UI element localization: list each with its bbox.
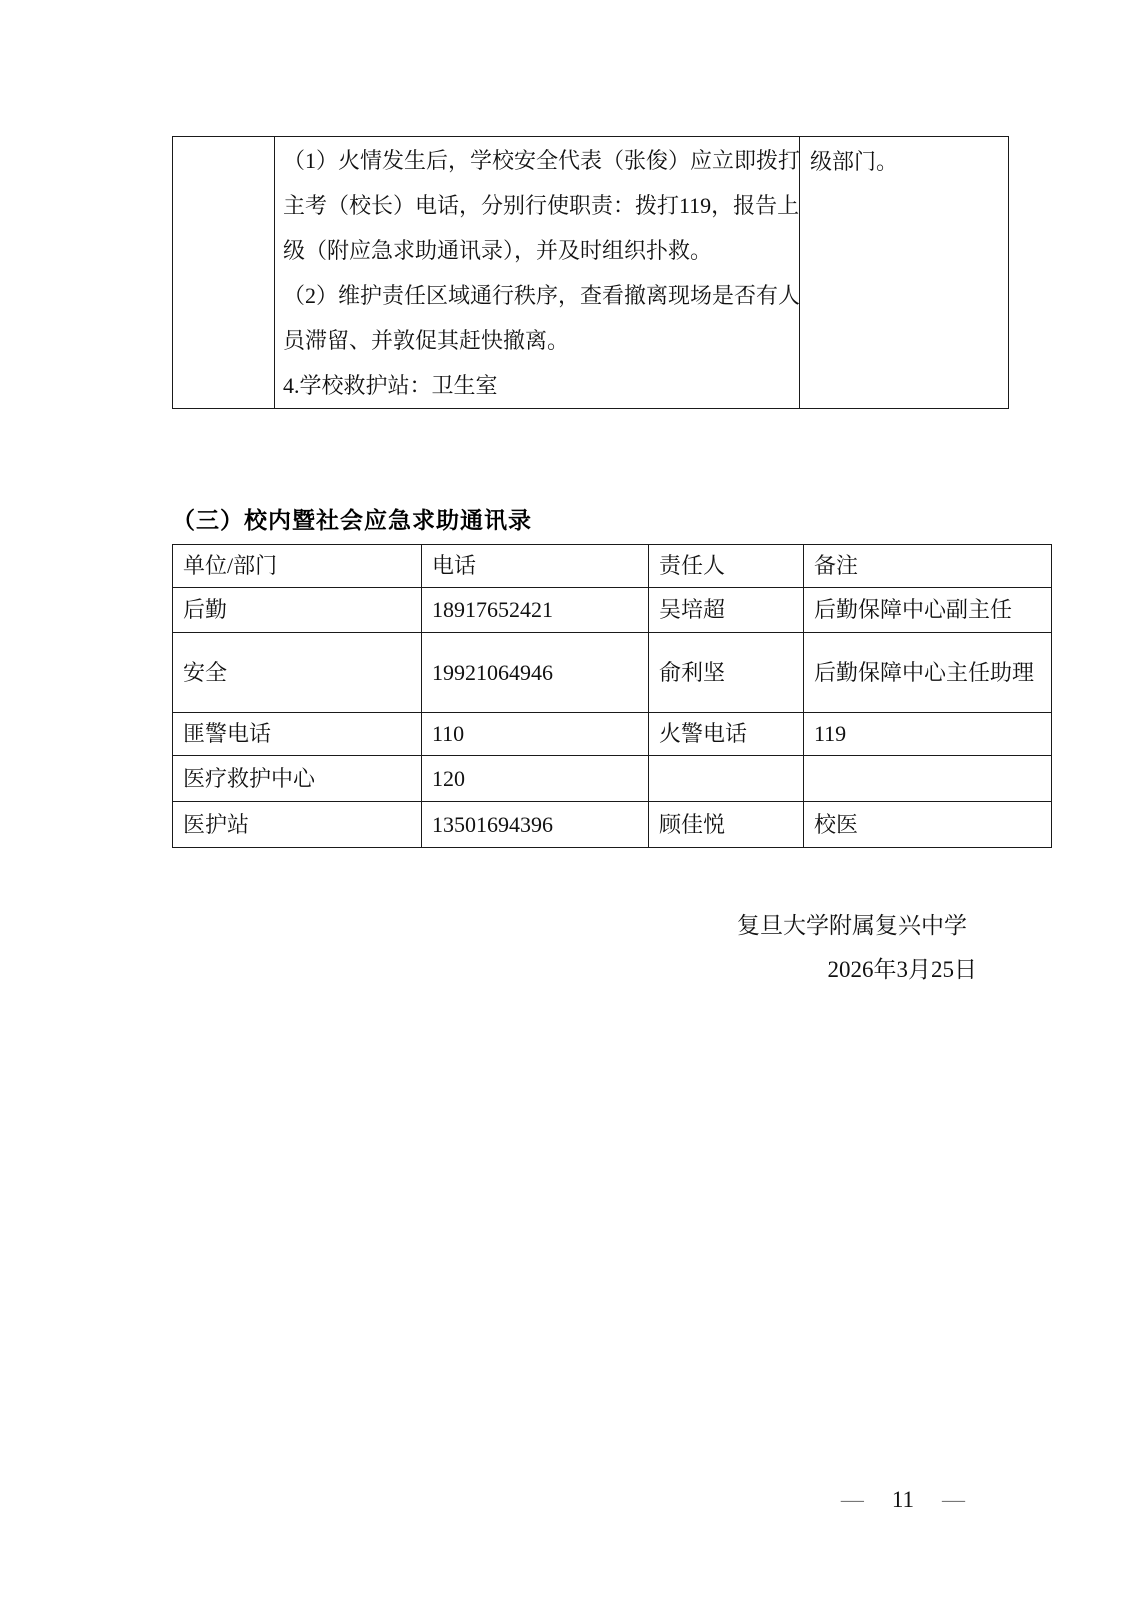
- table-cell: 120: [422, 756, 649, 802]
- column-header: 单位/部门: [173, 545, 422, 588]
- table-row: 后勤 18917652421 吴培超 后勤保障中心副主任: [173, 588, 1052, 633]
- fire-duty-table: （1）火情发生后，学校安全代表（张俊）应立即拨打 主考（校长）电话，分别行使职责…: [172, 136, 1009, 409]
- table-cell: 匪警电话: [173, 713, 422, 756]
- section-heading: （三）校内暨社会应急求助通讯录: [172, 502, 532, 535]
- table-header-row: 单位/部门 电话 责任人 备注: [173, 545, 1052, 588]
- table-cell: 18917652421: [422, 588, 649, 633]
- column-header: 电话: [422, 545, 649, 588]
- table-row: 医护站 13501694396 顾佳悦 校医: [173, 802, 1052, 848]
- page-number: 11: [892, 1487, 914, 1513]
- procedure-line: （2）维护责任区域通行秩序，查看撤离现场是否有人: [283, 273, 791, 318]
- footer-dash: —: [841, 1487, 864, 1513]
- table-row: （1）火情发生后，学校安全代表（张俊）应立即拨打 主考（校长）电话，分别行使职责…: [173, 137, 1009, 409]
- table-cell: 吴培超: [649, 588, 804, 633]
- table-row: 医疗救护中心 120: [173, 756, 1052, 802]
- page-number-footer: — 11 —: [841, 1487, 965, 1513]
- table-row: 匪警电话 110 火警电话 119: [173, 713, 1052, 756]
- table-cell: 后勤保障中心主任助理: [804, 633, 1052, 713]
- footer-dash: —: [942, 1487, 965, 1513]
- table-cell: 110: [422, 713, 649, 756]
- procedure-line: （1）火情发生后，学校安全代表（张俊）应立即拨打: [283, 138, 791, 183]
- table-cell: 俞利坚: [649, 633, 804, 713]
- table-cell: 医护站: [173, 802, 422, 848]
- table-cell: 安全: [173, 633, 422, 713]
- fire-duty-empty-cell: [173, 137, 275, 409]
- table-cell: 火警电话: [649, 713, 804, 756]
- table-cell: 19921064946: [422, 633, 649, 713]
- table-cell: [804, 756, 1052, 802]
- table-row: 安全 19921064946 俞利坚 后勤保障中心主任助理: [173, 633, 1052, 713]
- fire-duty-note-cell: 级部门。: [800, 137, 1009, 409]
- column-header: 备注: [804, 545, 1052, 588]
- table-cell: 校医: [804, 802, 1052, 848]
- table-cell: 顾佳悦: [649, 802, 804, 848]
- fire-duty-procedure-cell: （1）火情发生后，学校安全代表（张俊）应立即拨打 主考（校长）电话，分别行使职责…: [275, 137, 800, 409]
- procedure-line: 主考（校长）电话，分别行使职责：拨打119，报告上: [283, 183, 791, 228]
- procedure-line: 4.学校救护站：卫生室: [283, 363, 791, 408]
- document-page: （1）火情发生后，学校安全代表（张俊）应立即拨打 主考（校长）电话，分别行使职责…: [0, 0, 1139, 1611]
- table-cell: 13501694396: [422, 802, 649, 848]
- column-header: 责任人: [649, 545, 804, 588]
- signature-organization: 复旦大学附属复兴中学: [737, 907, 967, 940]
- signature-date: 2026年3月25日: [828, 951, 978, 984]
- table-cell: 后勤: [173, 588, 422, 633]
- table-cell: 119: [804, 713, 1052, 756]
- procedure-line: 级（附应急求助通讯录），并及时组织扑救。: [283, 228, 791, 273]
- table-cell: [649, 756, 804, 802]
- table-cell: 后勤保障中心副主任: [804, 588, 1052, 633]
- emergency-contact-table: 单位/部门 电话 责任人 备注 后勤 18917652421 吴培超 后勤保障中…: [172, 544, 1052, 848]
- procedure-line: 员滞留、并敦促其赶快撤离。: [283, 318, 791, 363]
- table-cell: 医疗救护中心: [173, 756, 422, 802]
